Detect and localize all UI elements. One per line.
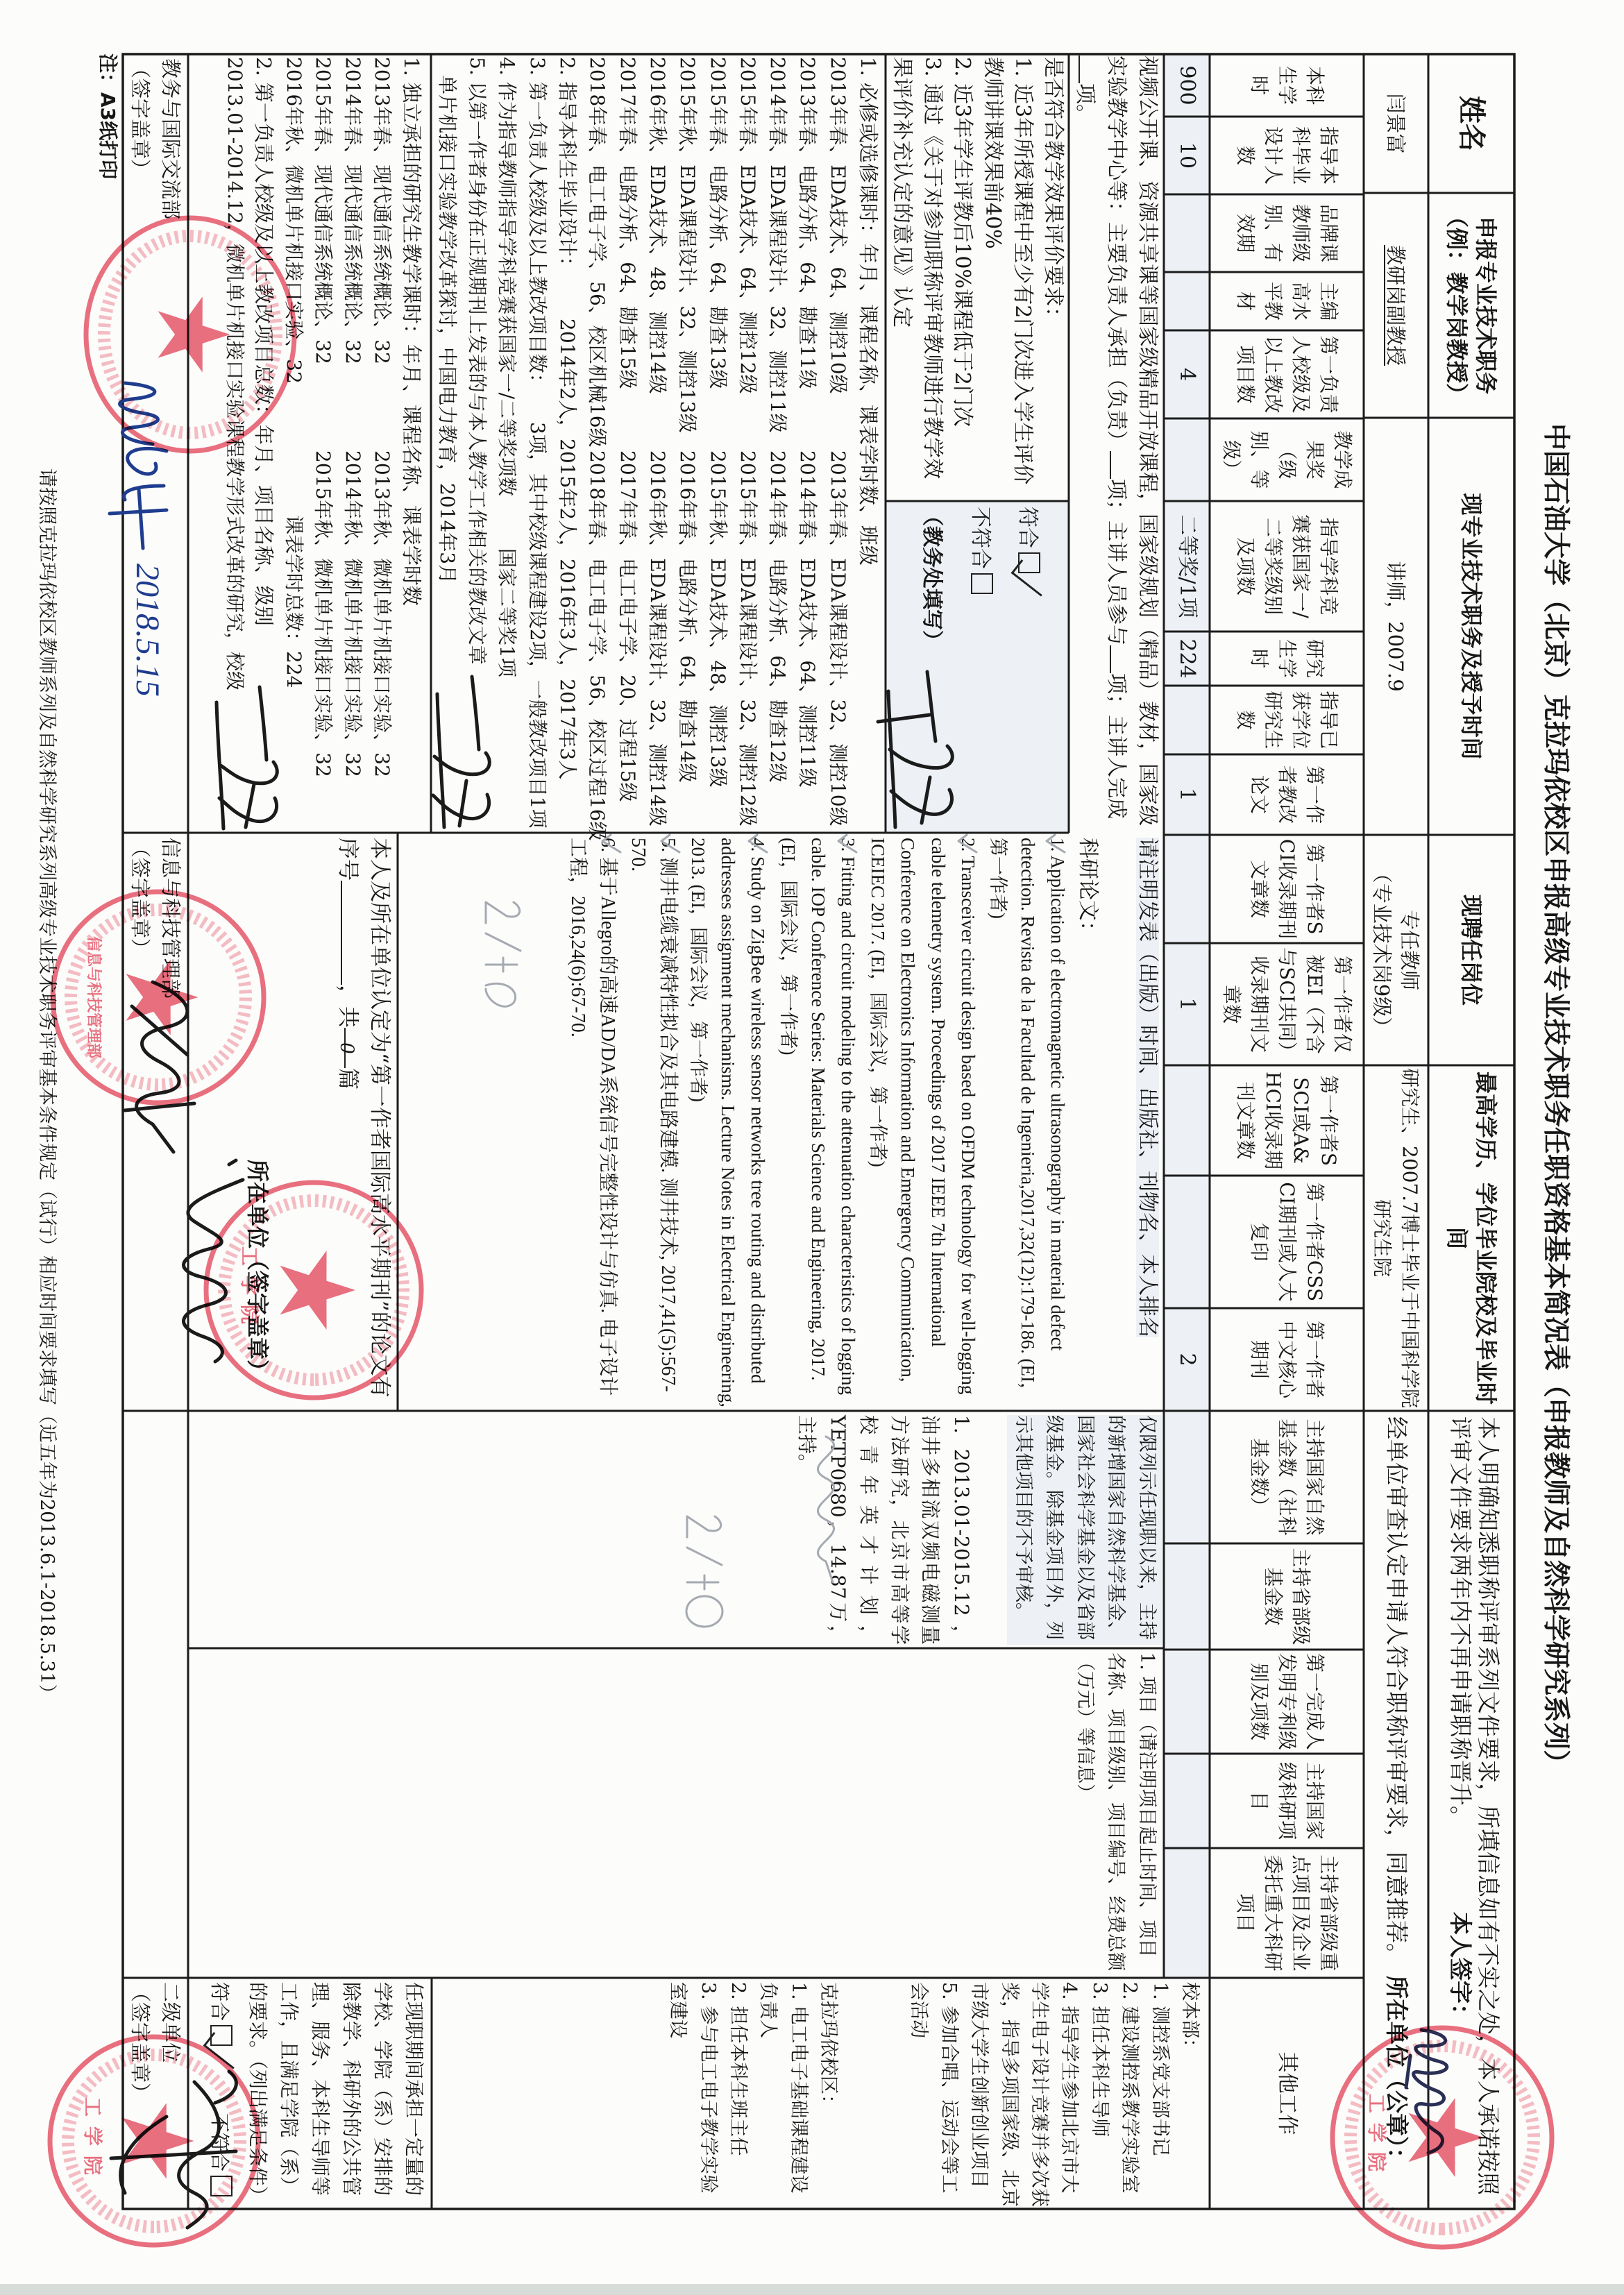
graduate-total-label: 课表学时总数：	[282, 515, 305, 651]
graduate-total-value: 224	[282, 651, 305, 688]
stat-header: 指导已获学位研究生数	[1210, 686, 1364, 754]
stat-value	[1164, 1754, 1210, 1848]
lecturer-participation-blank	[1110, 645, 1129, 673]
undergrad-teaching-cell: 1. 必修或选修课时：年月、课程名称、课表学时数、班级 2013年春、EDA技术…	[432, 57, 883, 831]
stat-value: 4	[1164, 330, 1210, 418]
stat-label: 研究生学时	[1245, 635, 1328, 682]
secondary-unit-dept: 二级单位	[155, 1982, 186, 2103]
signature-label: 本人签字：	[1447, 1912, 1474, 2026]
funding-note: 仅限列示任现职以来，主持的新增国家自然科学基金、国家社会科学基金以及省部级基金。…	[1008, 1415, 1162, 1645]
applied-title-value-cell: 教研岗副教授	[1364, 193, 1428, 418]
graduate-course-entry: 2014年春、现代通信系统概论、32	[338, 57, 368, 450]
main-campus-title: 校本部：	[1175, 1982, 1205, 2208]
stat-value-text: 1	[1173, 997, 1201, 1010]
spacer	[1103, 838, 1133, 1408]
courses-title: 1. 必修或选修课时：年月、课程名称、课表学时数、班级	[853, 57, 883, 831]
stat-header: 第一完成人发明专利级别及项数	[1210, 1650, 1364, 1754]
graduate-projects-title: 2. 第一负责人校级及以上教改项目总数：年月、项目名称、级别	[249, 57, 279, 831]
course-entry: 2014年春、EDA技术、64、测控11级	[793, 450, 822, 829]
course-entry: 2017年春、电路分析、64、勘查15级	[612, 57, 642, 450]
national-courses-cell: 视频公开课、资源共享课等国家级精品开放课程，国家级规划（精品）教材，国家级实验教…	[1069, 56, 1163, 837]
stat-header: 第一作者SCI收录期刊文章数	[1210, 835, 1364, 943]
unit-seal-label: 所在单位（公章）：	[1383, 1976, 1410, 2171]
stat-header: 主持国家自然基金数（社科基金数）	[1210, 1411, 1364, 1543]
secondary-unit-seal-label: （签字盖章）	[125, 1982, 155, 2103]
stat-label: 第一负责人校级及以上教改项目数	[1231, 332, 1342, 416]
funding-right-cell: 1. 项目（请注明项目起止时间、项目名称、项目级别、项目编号、经费总额（万元）等…	[1069, 1652, 1162, 1974]
course-entry: 2018年春、电工电子学、56、校区过程16级	[582, 450, 612, 829]
stat-label: 第一作者仅被EI（不含与SCI共同）收录期刊文章数	[1217, 947, 1356, 1062]
service-not-meets-checkbox[interactable]	[210, 2176, 232, 2196]
stat-label: 本科生学时	[1245, 58, 1328, 113]
stat-label: 第一作者教改论文	[1245, 758, 1328, 831]
course-entry: 2015年秋、EDA技术、48、测控13级	[702, 450, 732, 829]
stat-value-text: 10	[1173, 142, 1201, 169]
fund-entry: 1. 2013.01-2015.12，油井多相流双频电磁测量方法研究，北京市高等…	[791, 1415, 976, 1645]
stat-header: 教学成果奖（级别、等级）	[1210, 418, 1364, 501]
stat-value	[1164, 1543, 1210, 1650]
stat-value-text: 900	[1173, 65, 1201, 105]
stat-value	[1164, 1065, 1210, 1176]
high-level-text: ，共	[335, 985, 360, 1028]
course-entry: 2018年春、电工电子学、56、校区机械16级	[582, 57, 612, 450]
current-post-label-cell: 现聘任岗位	[1428, 835, 1514, 1065]
stat-header-other-work: 其他工作	[1210, 1978, 1364, 2209]
stat-header: 第一作者教改论文	[1210, 754, 1364, 835]
evaluation-not-meets-option: 不符合	[965, 507, 995, 594]
service-meets-label: 符合	[208, 1982, 231, 2021]
paper-entry: 5. 测井电缆衰减特性拟合及其电路建模. 测井技术, 2017,41(5):56…	[623, 838, 682, 1408]
research-papers-cell: 请注明发表（出版）时间、出版社、刊物名、本人排名 科研论文： 1. Applic…	[563, 838, 1162, 1408]
stat-value	[1164, 686, 1210, 754]
stat-value	[1164, 1650, 1210, 1754]
current-title-value-cell: 讲师，2007.9	[1364, 418, 1428, 835]
competition-row: 4. 作为指导教师指导学科竞赛获国家一/二等奖项数 国家二等奖1项	[492, 57, 522, 831]
academic-office-approval-cell: 教务与国际交流部 （签字盖章）	[125, 58, 186, 219]
unit-review-cell: 经单位审查认定申请人符合职称评审要求，同意推荐。所在单位（公章）：	[1364, 1411, 1428, 2209]
stat-label: 其他工作	[1273, 2052, 1301, 2135]
current-post-value-cell: 专任教师 （专业技术岗9级）	[1364, 835, 1428, 1065]
course-entry: 2015年春、EDA技术、64、测控12级	[733, 57, 763, 450]
name-label-cell: 姓名	[1428, 54, 1514, 193]
filled-by-academic-office: （教务处填写）	[916, 505, 947, 651]
stat-label: 教学成果奖（级别、等级）	[1217, 422, 1356, 498]
spacer	[843, 1982, 904, 2208]
stat-value	[1164, 418, 1210, 501]
stat-header: 第一作者中文核心期刊	[1210, 1308, 1364, 1411]
main-campus-item: 2. 建设测控系教学实验室	[1115, 1982, 1144, 2208]
education-label: 最高学历、学位毕业院校及毕业时间	[1442, 1068, 1500, 1408]
reform-projects-value: 3项，其中校级课程建设2项，一般教改项目1项	[522, 422, 552, 828]
lead-count-blank	[1110, 451, 1129, 479]
not-meets-label: 不符合	[968, 507, 992, 569]
stat-value-text: 4	[1173, 368, 1201, 381]
reform-projects-label: 3. 第一负责人校级及以上教改项目数：	[522, 57, 552, 422]
stat-label: 品牌课教师级别、有效期	[1231, 198, 1342, 269]
graduate-course-list: 2013年春、现代通信系统概论、32 2013年秋、微机单片机接口实验、32 2…	[279, 57, 397, 831]
stat-header: 主持省部级基金数	[1210, 1543, 1364, 1650]
course-entry: 2015年春、电路分析、64、勘查13级	[702, 57, 732, 450]
stat-header: 主持国家级科研项目	[1210, 1754, 1364, 1848]
stat-header: 指导本科毕业设计人数	[1210, 117, 1364, 194]
stat-header: 研究生学时	[1210, 632, 1364, 686]
handwritten-date: 2018.5.15	[128, 564, 167, 697]
stat-label: 指导学科竞赛获国家一/二等奖级别及项数	[1231, 511, 1342, 622]
course-entry: 2014年春、电路分析、64、勘查12级	[763, 450, 793, 829]
paper-entry: 6. 基于Allegro的高速AD/DA系统信号完整性设计与仿真. 电子设计工程…	[563, 838, 623, 1408]
current-post-label: 现聘任岗位	[1457, 895, 1486, 1006]
graduate-course-entry: 2014年秋、微机单片机接口实验、32	[338, 450, 368, 829]
stat-label: 第一作者CSSCI期刊或人大复印	[1245, 1179, 1328, 1305]
stat-value	[1164, 1411, 1210, 1543]
pledge-cell: 本人明确知悉职称评审系列文件要求，所填信息如有不实之处，本人承诺按照评审文件要求…	[1428, 1411, 1514, 2209]
stat-label: 指导本科毕业设计人数	[1231, 120, 1342, 191]
not-meets-checkbox[interactable]	[971, 573, 993, 594]
main-campus-item: 4. 指导学生参加北京市大学生电子设计竞赛并多次获奖，指导多项国家级、北京市级大…	[964, 1982, 1085, 2208]
graduate-title: 1. 独立承担的研究生教学课时：年月、课程名称、课表学时数	[397, 57, 427, 831]
course-entry: 2013年春、EDA课程设计、32、测控10级	[822, 450, 852, 829]
national-courses-text: 项；主讲人员参与	[1104, 479, 1128, 645]
stat-label: 第一作者SSCI或A&HCI收录期刊文章数	[1231, 1069, 1342, 1172]
stat-header: 主持省部级重点项目及企业委托重大科研项目	[1210, 1848, 1364, 1978]
stat-value	[1164, 1848, 1210, 1978]
graduate-course-entry: 2015年春、现代通信系统概论、32	[308, 57, 338, 450]
karamay-item: 1. 电工电子基础课程建设负责人	[753, 1982, 813, 2208]
reform-paper-value: 单片机接口实验教学改革探讨，中国电力教育，2014年3月	[432, 57, 462, 831]
stat-value-text: 二等奖/1项	[1173, 514, 1201, 618]
current-title-label-cell: 现专业技术职务及授予时间	[1428, 418, 1514, 835]
service-requirement-text: 任现职期间承担一定量的学校、学院（系）安排的除教学、科研外的公共管理、服务、本科…	[242, 1982, 430, 2208]
graduate-course-entry: 2015年秋、微机单片机接口实验、32	[308, 450, 338, 829]
stat-value	[1164, 835, 1210, 943]
course-entry: 2017年春、电工电子学、20、过程15级	[612, 450, 642, 829]
research-section-title: 科研论文：	[1072, 838, 1102, 1408]
stat-header: 第一作者SSCI或A&HCI收录期刊文章数	[1210, 1065, 1364, 1176]
course-entry: 2016年春、电路分析、64、勘查14级	[673, 450, 702, 829]
info-tech-dept: 信息与科技管理部	[155, 838, 186, 999]
paper-entry: 1. Application of electromagnetic ultras…	[983, 838, 1073, 1408]
reform-paper-label: 5. 以第一作者身份在正规期刊上发表的与本人教学工作相关的教改文章	[462, 57, 492, 831]
thesis-guidance-value: 2014年2人，2015年2人，2016年3人，2017年3人	[552, 319, 582, 779]
scanned-form-page: 中国石油大学（北京）克拉玛依校区申报高级专业技术职务任职资格基本简况表（申报教师…	[0, 0, 1624, 2295]
evaluation-criterion: 3. 通过《关于对参加职称评审教师进行教学效果评价补充认定的意见》认定	[887, 57, 947, 500]
stat-header: 本科生学时	[1210, 54, 1364, 117]
course-entry: 2014年春、EDA课程设计、32、测控11级	[763, 57, 793, 450]
name-value-cell: 闫景富	[1364, 54, 1428, 193]
graduate-course-entry: 2016年秋、微机单片机接口实验、32	[279, 57, 309, 450]
stat-label: 主持省部级重点项目及企业委托重大科研项目	[1231, 1852, 1342, 1974]
spacer	[976, 1415, 1008, 1645]
education-value: 研究生、2007.7博士毕业于中国科学院研究生院	[1369, 1068, 1424, 1408]
education-label-cell: 最高学历、学位毕业院校及毕业时间	[1428, 1065, 1514, 1411]
meets-label: 符合	[1015, 507, 1040, 548]
projects-note: 1. 项目（请注明项目起止时间、项目名称、项目级别、项目编号、经费总额（万元）等…	[1069, 1652, 1162, 1974]
secondary-unit-approval-cell: 二级单位 （签字盖章）	[125, 1982, 186, 2103]
other-work-cell: 校本部： 1. 测控系党支部书记 2. 建设测控系教学实验室 3. 担任本科生导…	[663, 1982, 1205, 2208]
stat-value-text: 224	[1173, 638, 1201, 678]
course-list: 2013年春、EDA技术、64、测控10级 2013年春、EDA课程设计、32、…	[582, 57, 853, 831]
research-unit-seal-label: 所在单位（签字盖章）	[243, 1160, 275, 1382]
graduate-teaching-cell: 1. 独立承担的研究生教学课时：年月、课程名称、课表学时数 2013年春、现代通…	[220, 57, 427, 831]
stat-value-text: 1	[1173, 788, 1201, 801]
pledge-text: 本人明确知悉职称评审系列文件要求，所填信息如有不实之处，本人承诺按照评审文件要求…	[1447, 1416, 1502, 2195]
competition-value: 国家二等奖1项	[492, 548, 522, 677]
course-entry: 2013年春、EDA技术、64、测控10级	[822, 57, 852, 450]
stat-value: 1	[1164, 943, 1210, 1065]
high-level-count: 0	[344, 1028, 364, 1068]
national-courses-text: 项。	[1073, 83, 1097, 125]
karamay-title: 克拉玛依校区：	[813, 1982, 843, 2208]
stat-label: 第一作者SCI收录期刊文章数	[1245, 838, 1328, 940]
main-campus-item: 3. 担任本科生导师	[1084, 1982, 1114, 2208]
print-note: 注：A3纸打印	[96, 53, 119, 179]
stat-header: 指导学科竞赛获国家一/二等奖级别及项数	[1210, 501, 1364, 632]
meets-checkbox[interactable]	[1018, 552, 1040, 573]
current-post-grade: （专业技术岗9级）	[1369, 863, 1396, 1037]
academic-office-dept: 教务与国际交流部	[155, 58, 186, 219]
stat-value: 二等奖/1项	[1164, 501, 1210, 632]
stat-label: 第一完成人发明专利级别及项数	[1245, 1653, 1328, 1750]
reform-projects-row: 3. 第一负责人校级及以上教改项目数： 3项，其中校级课程建设2项，一般教改项目…	[522, 57, 552, 831]
applied-title-example: （例：教学岗教授）	[1442, 205, 1471, 405]
stat-value: 1	[1164, 754, 1210, 835]
stat-value	[1164, 1176, 1210, 1308]
stat-label: 第一作者中文核心期刊	[1245, 1312, 1328, 1407]
education-value-cell: 研究生、2007.7博士毕业于中国科学院研究生院	[1364, 1065, 1428, 1411]
lecturer-completion-blank	[1079, 56, 1098, 83]
karamay-item: 2. 担任本科生班主任	[723, 1982, 753, 2208]
stat-label: 主持国家自然基金数（社科基金数）	[1245, 1414, 1328, 1540]
applied-title-label: 申报专业技术职务	[1471, 217, 1500, 394]
evaluation-meets-option: 符合	[1012, 507, 1042, 573]
stat-value: 2	[1164, 1308, 1210, 1411]
graduate-course-entry: 2013年秋、微机单片机接口实验、32	[367, 450, 397, 829]
course-entry: 2013年春、电路分析、64、勘查11级	[793, 57, 822, 450]
main-campus-item: 5. 参加合唱、运动会等工会活动	[904, 1982, 964, 2208]
name-label: 姓名	[1457, 96, 1486, 151]
paper-entry: 2. Transceiver circuit design based on O…	[863, 838, 983, 1408]
main-campus-item: 1. 测控系党支部书记	[1144, 1982, 1174, 2208]
course-entry: 2015年秋、EDA课程设计、32、测控13级	[673, 57, 702, 450]
stat-header: 品牌课教师级别、有效期	[1210, 194, 1364, 272]
stat-header: 第一负责人校级及以上教改项目数	[1210, 330, 1364, 418]
stat-value-text: 2	[1173, 1353, 1201, 1366]
fill-instruction: 请按照克拉玛依校区教师系列及自然科学研究系列高级专业技术职务评审基本条件规定（试…	[35, 468, 58, 1703]
stat-header: 第一作者仅被EI（不含与SCI共同）收录期刊文章数	[1210, 943, 1364, 1065]
stat-label: 主持国家级科研项目	[1245, 1757, 1328, 1845]
course-entry: 2016年秋、EDA技术、48、测控14级	[643, 57, 673, 450]
evaluation-title: 是否符合教学效果评价要求：	[1038, 57, 1069, 500]
service-requirement-cell: 任现职期间承担一定量的学校、学院（系）安排的除教学、科研外的公共管理、服务、本科…	[242, 1982, 430, 2208]
high-level-text: 篇	[335, 1068, 360, 1090]
current-title-value: 讲师，2007.9	[1382, 561, 1410, 691]
course-entry: 2015年春、EDA课程设计、32、测控12级	[733, 450, 763, 829]
course-entry: 2016年秋、EDA课程设计、32、测控14级	[643, 450, 673, 829]
stat-label: 指导已获学位研究生数	[1231, 689, 1342, 751]
high-level-papers-cell: 本人及所在单位认定为“第一作者国际高水平期刊”的论文有序号，共0篇	[332, 838, 396, 1409]
graduate-hours-total: 课表学时总数：224	[279, 450, 309, 829]
karamay-item: 3. 参与电工电子教学实验室建设	[663, 1982, 723, 2208]
info-tech-approval-cell: 信息与科技管理部 （签字盖章）	[125, 838, 186, 999]
stat-value: 900	[1164, 54, 1210, 117]
research-note: 请注明发表（出版）时间、出版社、刊物名、本人排名	[1136, 838, 1159, 1337]
thesis-guidance-label: 2. 指导本科生毕业设计：	[552, 57, 582, 319]
graduate-project-entry: 2013.01-2014.12，微机单片机接口实验课程教学形式改革的研究，校级	[220, 57, 250, 831]
current-post-value: 专任教师	[1396, 910, 1424, 990]
applied-title-label-cell: 申报专业技术职务 （例：教学岗教授）	[1428, 193, 1514, 418]
stat-label: 主持省部级基金数	[1259, 1547, 1314, 1646]
graduate-course-entry: 2013年春、现代通信系统概论、32	[367, 57, 397, 450]
info-tech-seal-label: （签字盖章）	[125, 838, 155, 999]
stat-value: 10	[1164, 117, 1210, 194]
stat-header: 第一作者CSSCI期刊或人大复印	[1210, 1176, 1364, 1308]
current-title-label: 现专业技术职务及授予时间	[1457, 493, 1486, 759]
stat-label: 主编高水平教材	[1231, 276, 1342, 327]
applied-title-value: 教研岗副教授	[1382, 245, 1410, 366]
competition-label: 4. 作为指导教师指导学科竞赛获国家一/二等奖项数	[492, 57, 522, 548]
unit-review-text: 经单位审查认定申请人符合职称评审要求，同意推荐。	[1383, 1416, 1410, 1966]
evaluation-criterion: 1. 近3年所授课程中至少有2门次进入学生评价教师讲课效果前40%	[978, 57, 1038, 500]
evaluation-criterion: 2. 近3年学生评教后10%课程低于2门次	[947, 57, 978, 500]
teaching-evaluation-cell: 是否符合教学效果评价要求： 1. 近3年所授课程中至少有2门次进入学生评价教师讲…	[887, 57, 1068, 500]
national-courses-text: 项；主讲人完成	[1104, 673, 1128, 819]
thesis-guidance-row: 2. 指导本科生毕业设计： 2014年2人，2015年2人，2016年3人，20…	[552, 57, 582, 831]
paper-entry: 4. Study on ZigBee wireless sensor netwo…	[683, 838, 773, 1408]
stat-value	[1164, 194, 1210, 272]
applicant-name: 闫景富	[1382, 93, 1410, 153]
paper-entry: 3. Fitting and circuit modeling to the a…	[772, 838, 863, 1408]
stat-value	[1164, 272, 1210, 330]
service-meets-checkbox[interactable]	[210, 2025, 232, 2046]
service-not-meets-label: 不符合	[208, 2113, 231, 2171]
stat-value: 224	[1164, 632, 1210, 686]
high-level-serials-blank	[341, 881, 360, 985]
service-check-row: 符合 不符合	[204, 1982, 235, 2196]
funding-left-cell: 仅限列示任现职以来，主持的新增国家自然科学基金、国家社会科学基金以及省部级基金。…	[791, 1415, 1162, 1645]
academic-office-seal-label: （签字盖章）	[125, 58, 155, 219]
stat-header: 主编高水平教材	[1210, 272, 1364, 330]
